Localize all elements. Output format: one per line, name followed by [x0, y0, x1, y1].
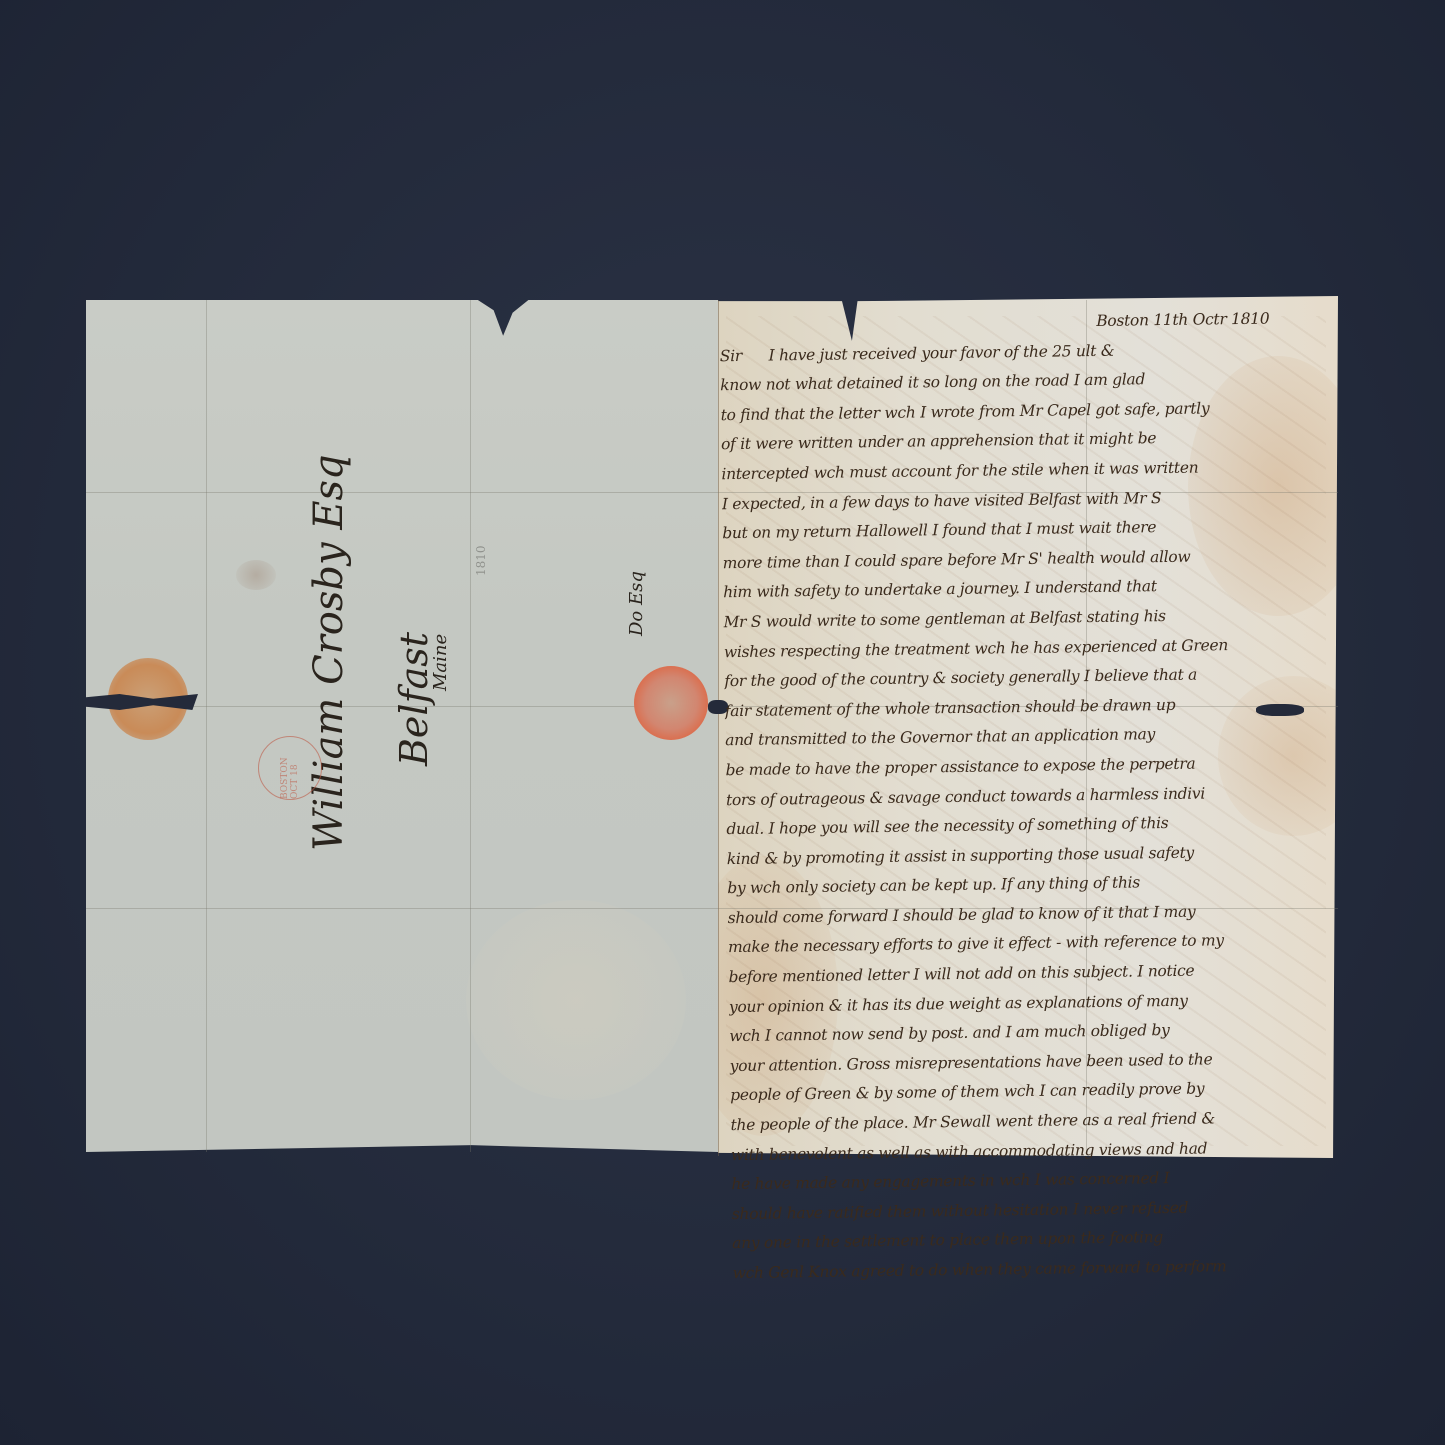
recipient-name: William Crosby Esq [306, 454, 352, 851]
letter-sheet: William Crosby Esq Belfast Maine 1810 Do… [86, 296, 1350, 1156]
center-fold [718, 300, 719, 1156]
wax-seal-red [634, 666, 708, 740]
postmark: BOSTON OCT 18 [258, 736, 322, 800]
letter-body: Boston 11th Octr 1810 Sir I have just re… [719, 304, 1333, 1289]
fold-line [470, 300, 471, 1152]
letter-line: I have just received your favor of the 2… [746, 341, 1114, 364]
salutation: Sir [720, 347, 742, 365]
recipient-state: Maine [430, 634, 451, 691]
paper-stain [236, 560, 276, 590]
fold-line [206, 300, 207, 1152]
paper-stain [466, 900, 686, 1100]
side-note: Do Esq [626, 571, 647, 636]
pencil-note: 1810 [474, 545, 488, 576]
